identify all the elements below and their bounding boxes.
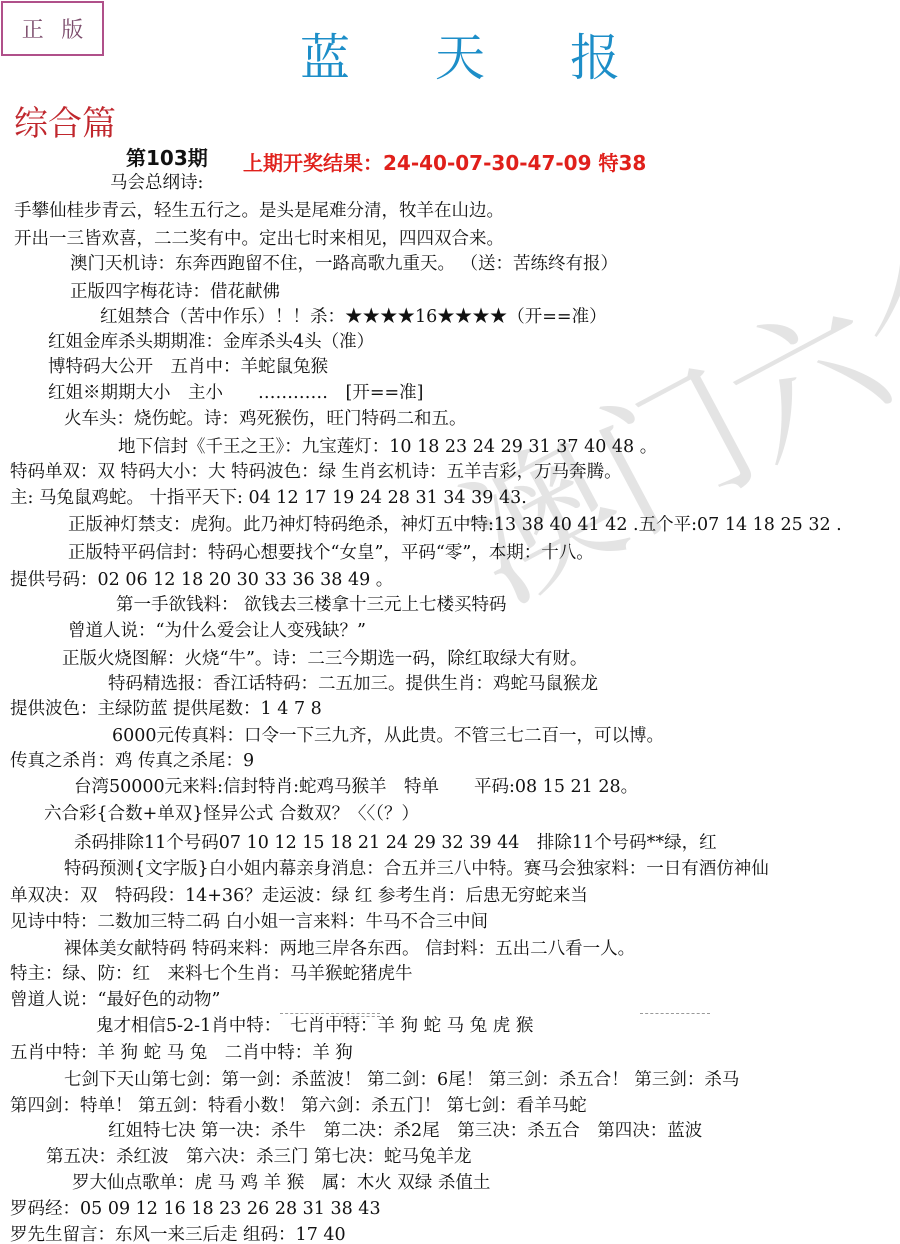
text-line: 六合彩{合数+单双}怪异公式 合数双？〈〈（？） bbox=[44, 803, 419, 825]
text-line: 6000元传真料：口令一下三九齐，从此贵。不管三七二百一，可以博。 bbox=[112, 725, 664, 747]
text-line: 见诗中特：二数加三特二码 白小姐一言来料：牛马不合三中间 bbox=[10, 911, 488, 933]
text-line: 手攀仙桂步青云，轻生五行之。是头是尾难分清，牧羊在山边。 bbox=[14, 200, 504, 222]
text-line: 特码精选报：香江话特码：二五加三。提供生肖：鸡蛇马鼠猴龙 bbox=[108, 673, 598, 695]
title-char-1: 蓝 bbox=[300, 18, 350, 90]
genuine-edition-badge: 正 版 bbox=[1, 1, 104, 56]
text-line: 红姐禁合（苦中作乐）！！杀：★★★★16★★★★（开==准） bbox=[100, 306, 607, 328]
text-line: 特码预测{文字版}白小姐内幕亲身消息：合五并三八中特。赛马会独家料：一日有酒仿神… bbox=[64, 858, 769, 880]
text-line: 澳门天机诗：东奔西跑留不住，一路高歌九重天。 （送：苦练终有报） bbox=[70, 253, 618, 275]
text-line: 正版特平码信封：特码心想要找个“女皇”，平码“零”，本期：十八。 bbox=[68, 542, 594, 564]
text-line: 台湾50000元来料:信封特肖:蛇鸡马猴羊 特单 平码:08 15 21 28。 bbox=[74, 776, 638, 798]
badge-char-1: 正 bbox=[22, 13, 44, 44]
text-line: 特主：绿、防：红 来料七个生肖：马羊猴蛇猪虎牛 bbox=[10, 963, 413, 985]
text-line: 正版火烧图解：火烧“牛”。诗：二三今期选一码，除红取绿大有财。 bbox=[62, 648, 587, 670]
text-line: 正版四字梅花诗：借花献佛 bbox=[70, 281, 280, 303]
text-line: 马会总纲诗: bbox=[110, 172, 203, 194]
dashed-rule bbox=[640, 1013, 710, 1014]
text-line: 特码单双：双 特码大小：大 特码波色：绿 生肖玄机诗：五羊吉彩，万马奔腾。 bbox=[10, 461, 622, 483]
text-line: 罗码经：05 09 12 16 18 23 26 28 31 38 43 bbox=[10, 1198, 381, 1220]
dashed-rule bbox=[330, 1016, 380, 1017]
last-draw-result: 上期开奖结果：24-40-07-30-47-09 特38 bbox=[243, 147, 646, 176]
text-line: 地下信封《千王之王》：九宝莲灯：10 18 23 24 29 31 37 40 … bbox=[118, 436, 657, 458]
text-line: 罗大仙点歌单：虎 马 鸡 羊 猴 属：木火 双绿 杀值土 bbox=[72, 1172, 490, 1194]
text-line: 正版神灯禁支：虎狗。此乃神灯特码绝杀，神灯五中特:13 38 40 41 42 … bbox=[68, 514, 842, 536]
text-line: 七剑下天山第七剑：第一剑：杀蓝波！ 第二剑：6尾！ 第三剑：杀五合！ 第三剑：杀… bbox=[64, 1069, 739, 1091]
text-line: 第一手欲钱料： 欲钱去三楼拿十三元上七楼买特码 bbox=[116, 594, 507, 616]
text-line: 红姐特七决 第一决：杀牛 第二决：杀2尾 第三决：杀五合 第四决：蓝波 bbox=[108, 1120, 702, 1142]
text-line: 博特码大公开 五肖中：羊蛇鼠兔猴 bbox=[48, 356, 328, 378]
text-line: 开出一三皆欢喜，二二奖有中。定出七时来相见，四四双合来。 bbox=[14, 228, 504, 250]
title-char-2: 天 bbox=[435, 18, 485, 90]
text-line: 主: 马兔鼠鸡蛇。 十指平天下: 04 12 17 19 24 28 31 34… bbox=[10, 487, 527, 509]
text-line: 红姐金库杀头期期准：金库杀头4头（准） bbox=[48, 331, 374, 353]
text-line: 鬼才相信5-2-1肖中特： 七肖中特：羊 狗 蛇 马 兔 虎 猴 bbox=[96, 1015, 533, 1037]
text-line: 杀码排除11个号码07 10 12 15 18 21 24 29 32 39 4… bbox=[74, 832, 717, 854]
section-heading: 综合篇 bbox=[14, 96, 116, 145]
text-line: 罗先生留言：东风一来三后走 组码：17 40 bbox=[10, 1224, 346, 1244]
title-char-3: 报 bbox=[570, 18, 620, 90]
newspaper-title: 蓝 天 报 bbox=[300, 18, 620, 90]
dashed-rule bbox=[280, 1013, 380, 1014]
text-line: 第四剑：特单！ 第五剑：特看小数！ 第六剑：杀五门！ 第七剑：看羊马蛇 bbox=[10, 1095, 587, 1117]
badge-char-2: 版 bbox=[61, 13, 83, 44]
text-line: 曾道人说：“最好色的动物” bbox=[10, 989, 220, 1011]
text-line: 提供号码：02 06 12 18 20 30 33 36 38 49 。 bbox=[10, 569, 393, 591]
text-line: 红姐※期期大小 主小 ………… [开==准] bbox=[48, 382, 423, 404]
text-line: 曾道人说：“为什么爱会让人变残缺？” bbox=[68, 620, 366, 642]
text-line: 传真之杀肖：鸡 传真之杀尾：9 bbox=[10, 750, 254, 772]
text-line: 单双决：双 特码段：14+36？走运波：绿 红 参考生肖：后患无穷蛇来当 bbox=[10, 885, 588, 907]
issue-number: 第103期 bbox=[126, 142, 208, 171]
text-line: 裸体美女献特码 特码来料：两地三岸各东西。 信封料：五出二八看一人。 bbox=[64, 938, 635, 960]
text-line: 火车头：烧伤蛇。诗：鸡死猴伤，旺门特码二和五。 bbox=[64, 408, 467, 430]
text-line: 五肖中特：羊 狗 蛇 马 兔 二肖中特：羊 狗 bbox=[10, 1042, 353, 1064]
text-line: 提供波色：主绿防蓝 提供尾数：1 4 7 8 bbox=[10, 698, 322, 720]
text-line: 第五决：杀红波 第六决：杀三门 第七决：蛇马兔羊龙 bbox=[46, 1146, 472, 1168]
